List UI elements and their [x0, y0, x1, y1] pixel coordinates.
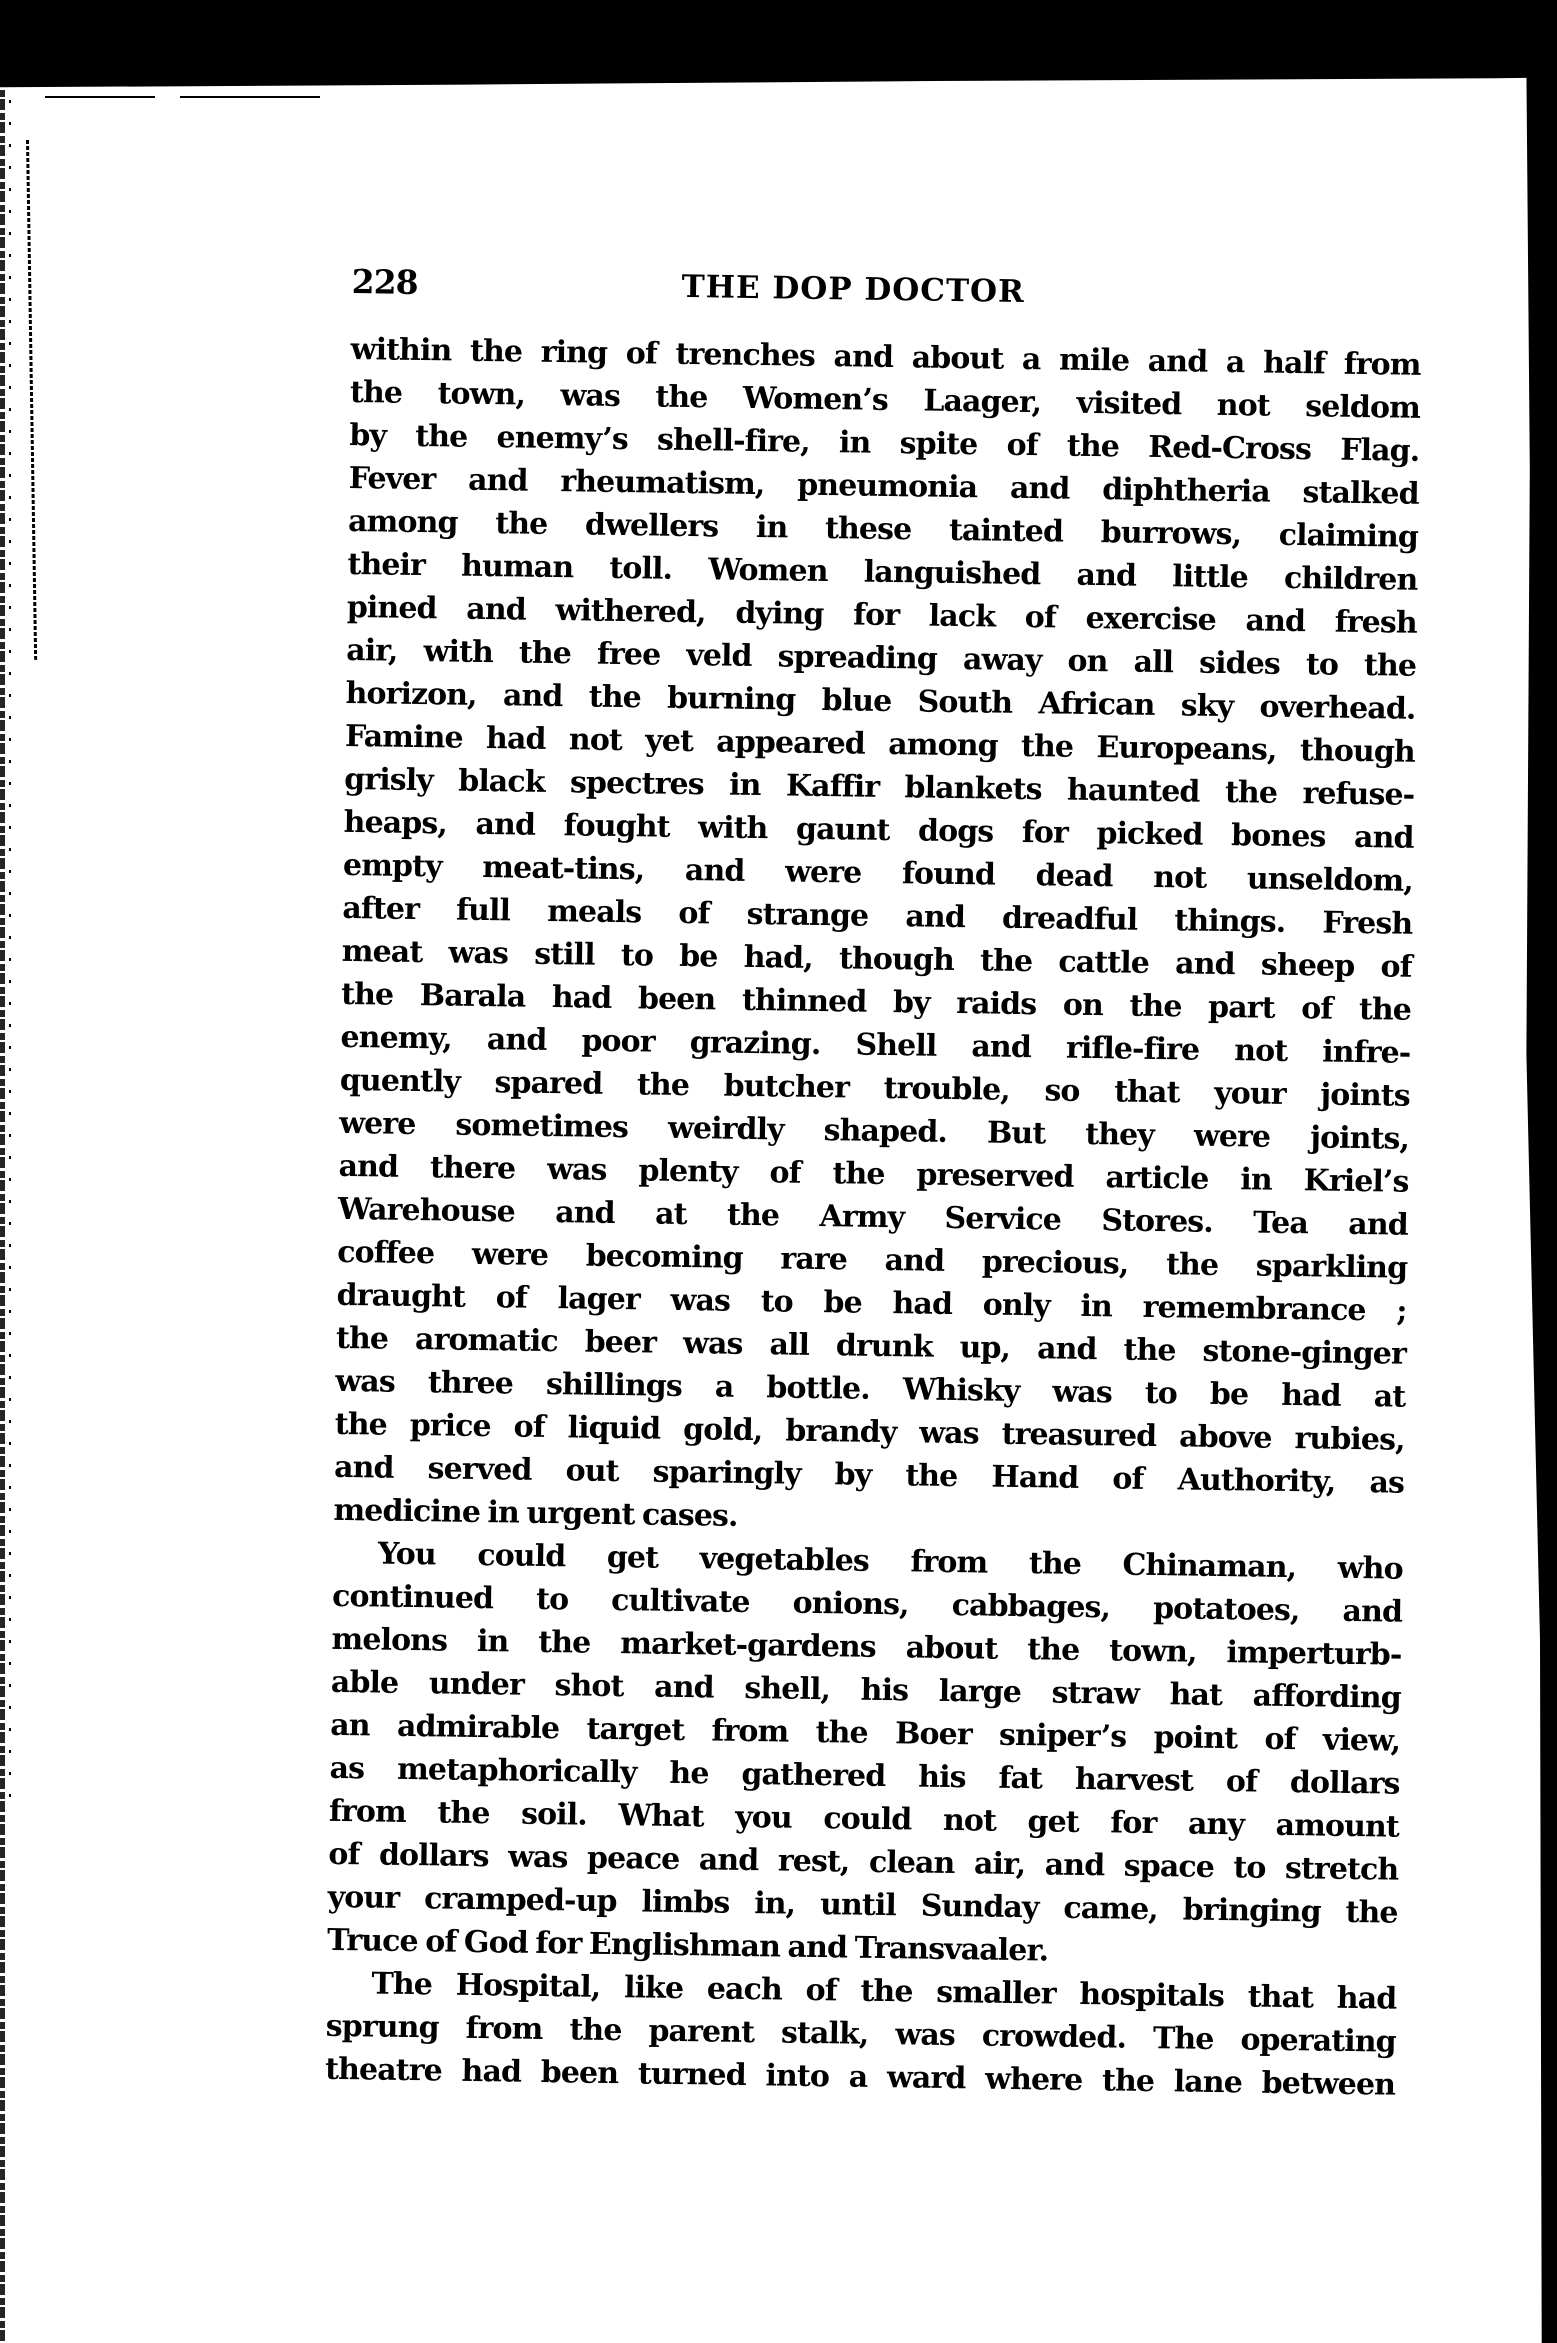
paragraph-3: The Hospital, like each of the smaller h… — [325, 1962, 1397, 2107]
scan-left-border — [0, 90, 5, 2343]
paragraph-1: within the ring of trenches and about a … — [333, 328, 1421, 1548]
scan-gutter-shadow — [26, 140, 37, 660]
scan-top-border — [0, 0, 1557, 90]
scan-right-border — [1523, 0, 1557, 2343]
body-text: within the ring of trenches and about a … — [325, 328, 1421, 2107]
running-title: THE DOP DOCTOR — [681, 267, 1025, 312]
page-number: 228 — [351, 262, 417, 303]
scan-artifact-line — [180, 96, 320, 98]
scan-artifact-line — [45, 96, 155, 98]
running-head: 228 THE DOP DOCTOR — [351, 262, 1421, 318]
scan-left-dots — [9, 100, 11, 1800]
paragraph-2: You could get vegetables from the Chinam… — [327, 1532, 1403, 1978]
book-page: 228 THE DOP DOCTOR within the ring of tr… — [325, 262, 1422, 2107]
